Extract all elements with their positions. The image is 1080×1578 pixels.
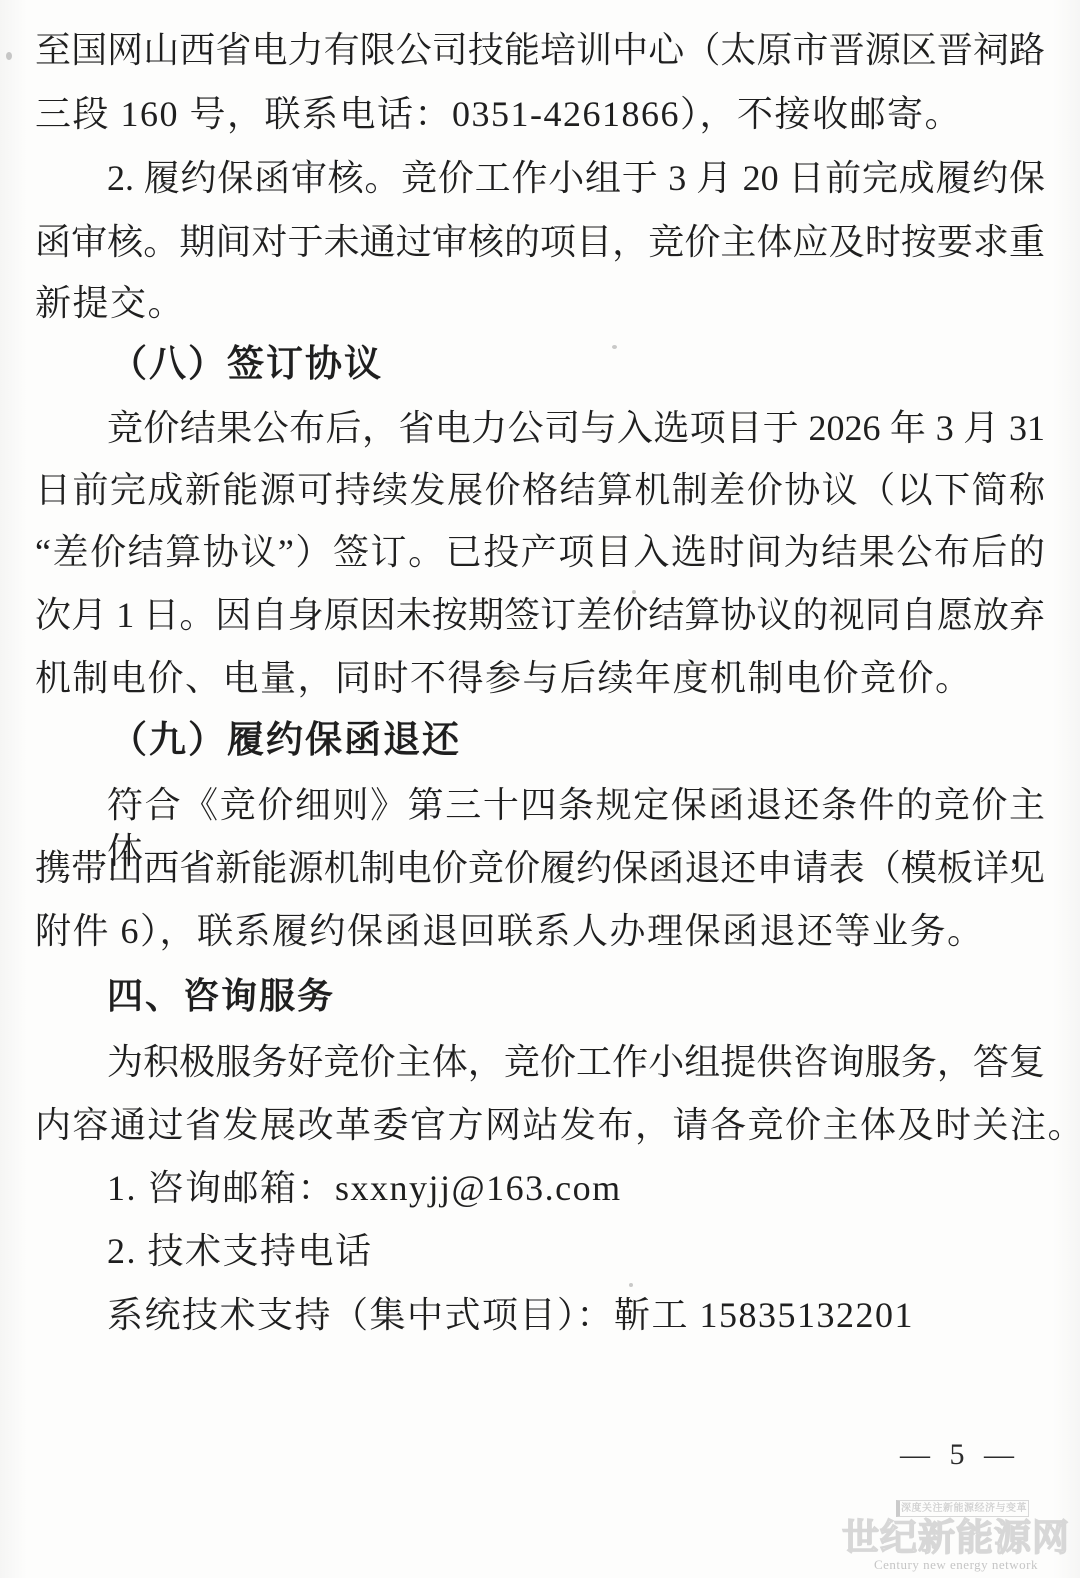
heading-section-4-consulting: 四、咨询服务 <box>107 973 335 1019</box>
doc-line-14: 携带山西省新能源机制电价竞价履约保函退还申请表（模板详见 <box>35 845 1045 891</box>
doc-line-support-phone: 系统技术支持（集中式项目）：靳工 15835132201 <box>107 1292 1045 1338</box>
doc-line-11: 机制电价、电量，同时不得参与后续年度机制电价竞价。 <box>35 655 1045 701</box>
scan-speck <box>629 1283 633 1287</box>
doc-line-7: 竞价结果公布后，省电力公司与入选项目于 2026 年 3 月 31 <box>107 405 1045 451</box>
doc-line-2: 三段 160 号，联系电话：0351-4261866），不接收邮寄。 <box>35 91 1045 137</box>
doc-line-4: 函审核。期间对于未通过审核的项目，竞价主体应及时按要求重 <box>35 219 1045 265</box>
doc-line-5: 新提交。 <box>35 280 1045 326</box>
doc-line-18: 内容通过省发展改革委官方网站发布，请各竞价主体及时关注。 <box>35 1102 1045 1148</box>
doc-line-email: 1. 咨询邮箱：sxxnyjj@163.com <box>107 1165 1045 1211</box>
scan-speck <box>6 52 12 60</box>
doc-line-8: 日前完成新能源可持续发展价格结算机制差价协议（以下简称 <box>35 467 1045 513</box>
doc-line-1: 至国网山西省电力有限公司技能培训中心（太原市晋源区晋祠路 <box>35 27 1045 73</box>
heading-section-9: （九）履约保函退还 <box>110 718 461 764</box>
watermark-brand-english: Century new energy network <box>835 1557 1077 1573</box>
doc-line-13: 符合《竞价细则》第三十四条规定保函退还条件的竞价主体， <box>107 782 1045 828</box>
doc-line-10: 次月 1 日。因自身原因未按期签订差价结算协议的视同自愿放弃 <box>35 592 1045 638</box>
scanned-document-page: 至国网山西省电力有限公司技能培训中心（太原市晋源区晋祠路 三段 160 号，联系… <box>0 0 1080 1578</box>
page-number: — 5 — <box>880 1438 1040 1472</box>
watermark-slogan: 深度关注新能源经济与变革 <box>896 1500 1029 1517</box>
doc-line-20: 2. 技术支持电话 <box>107 1228 1045 1274</box>
scan-speck <box>632 590 636 594</box>
doc-line-9: “差价结算协议”）签订。已投产项目入选时间为结果公布后的 <box>35 529 1045 575</box>
watermark-brand: 世纪新能源网 <box>842 1518 1078 1558</box>
scan-speck <box>612 345 617 349</box>
doc-line-15: 附件 6），联系履约保函退回联系人办理保函退还等业务。 <box>35 908 1045 954</box>
doc-line-17: 为积极服务好竞价主体，竞价工作小组提供咨询服务，答复 <box>107 1039 1045 1085</box>
heading-section-8: （八）签订协议 <box>110 342 383 388</box>
doc-line-3: 2. 履约保函审核。竞价工作小组于 3 月 20 日前完成履约保 <box>107 155 1045 201</box>
